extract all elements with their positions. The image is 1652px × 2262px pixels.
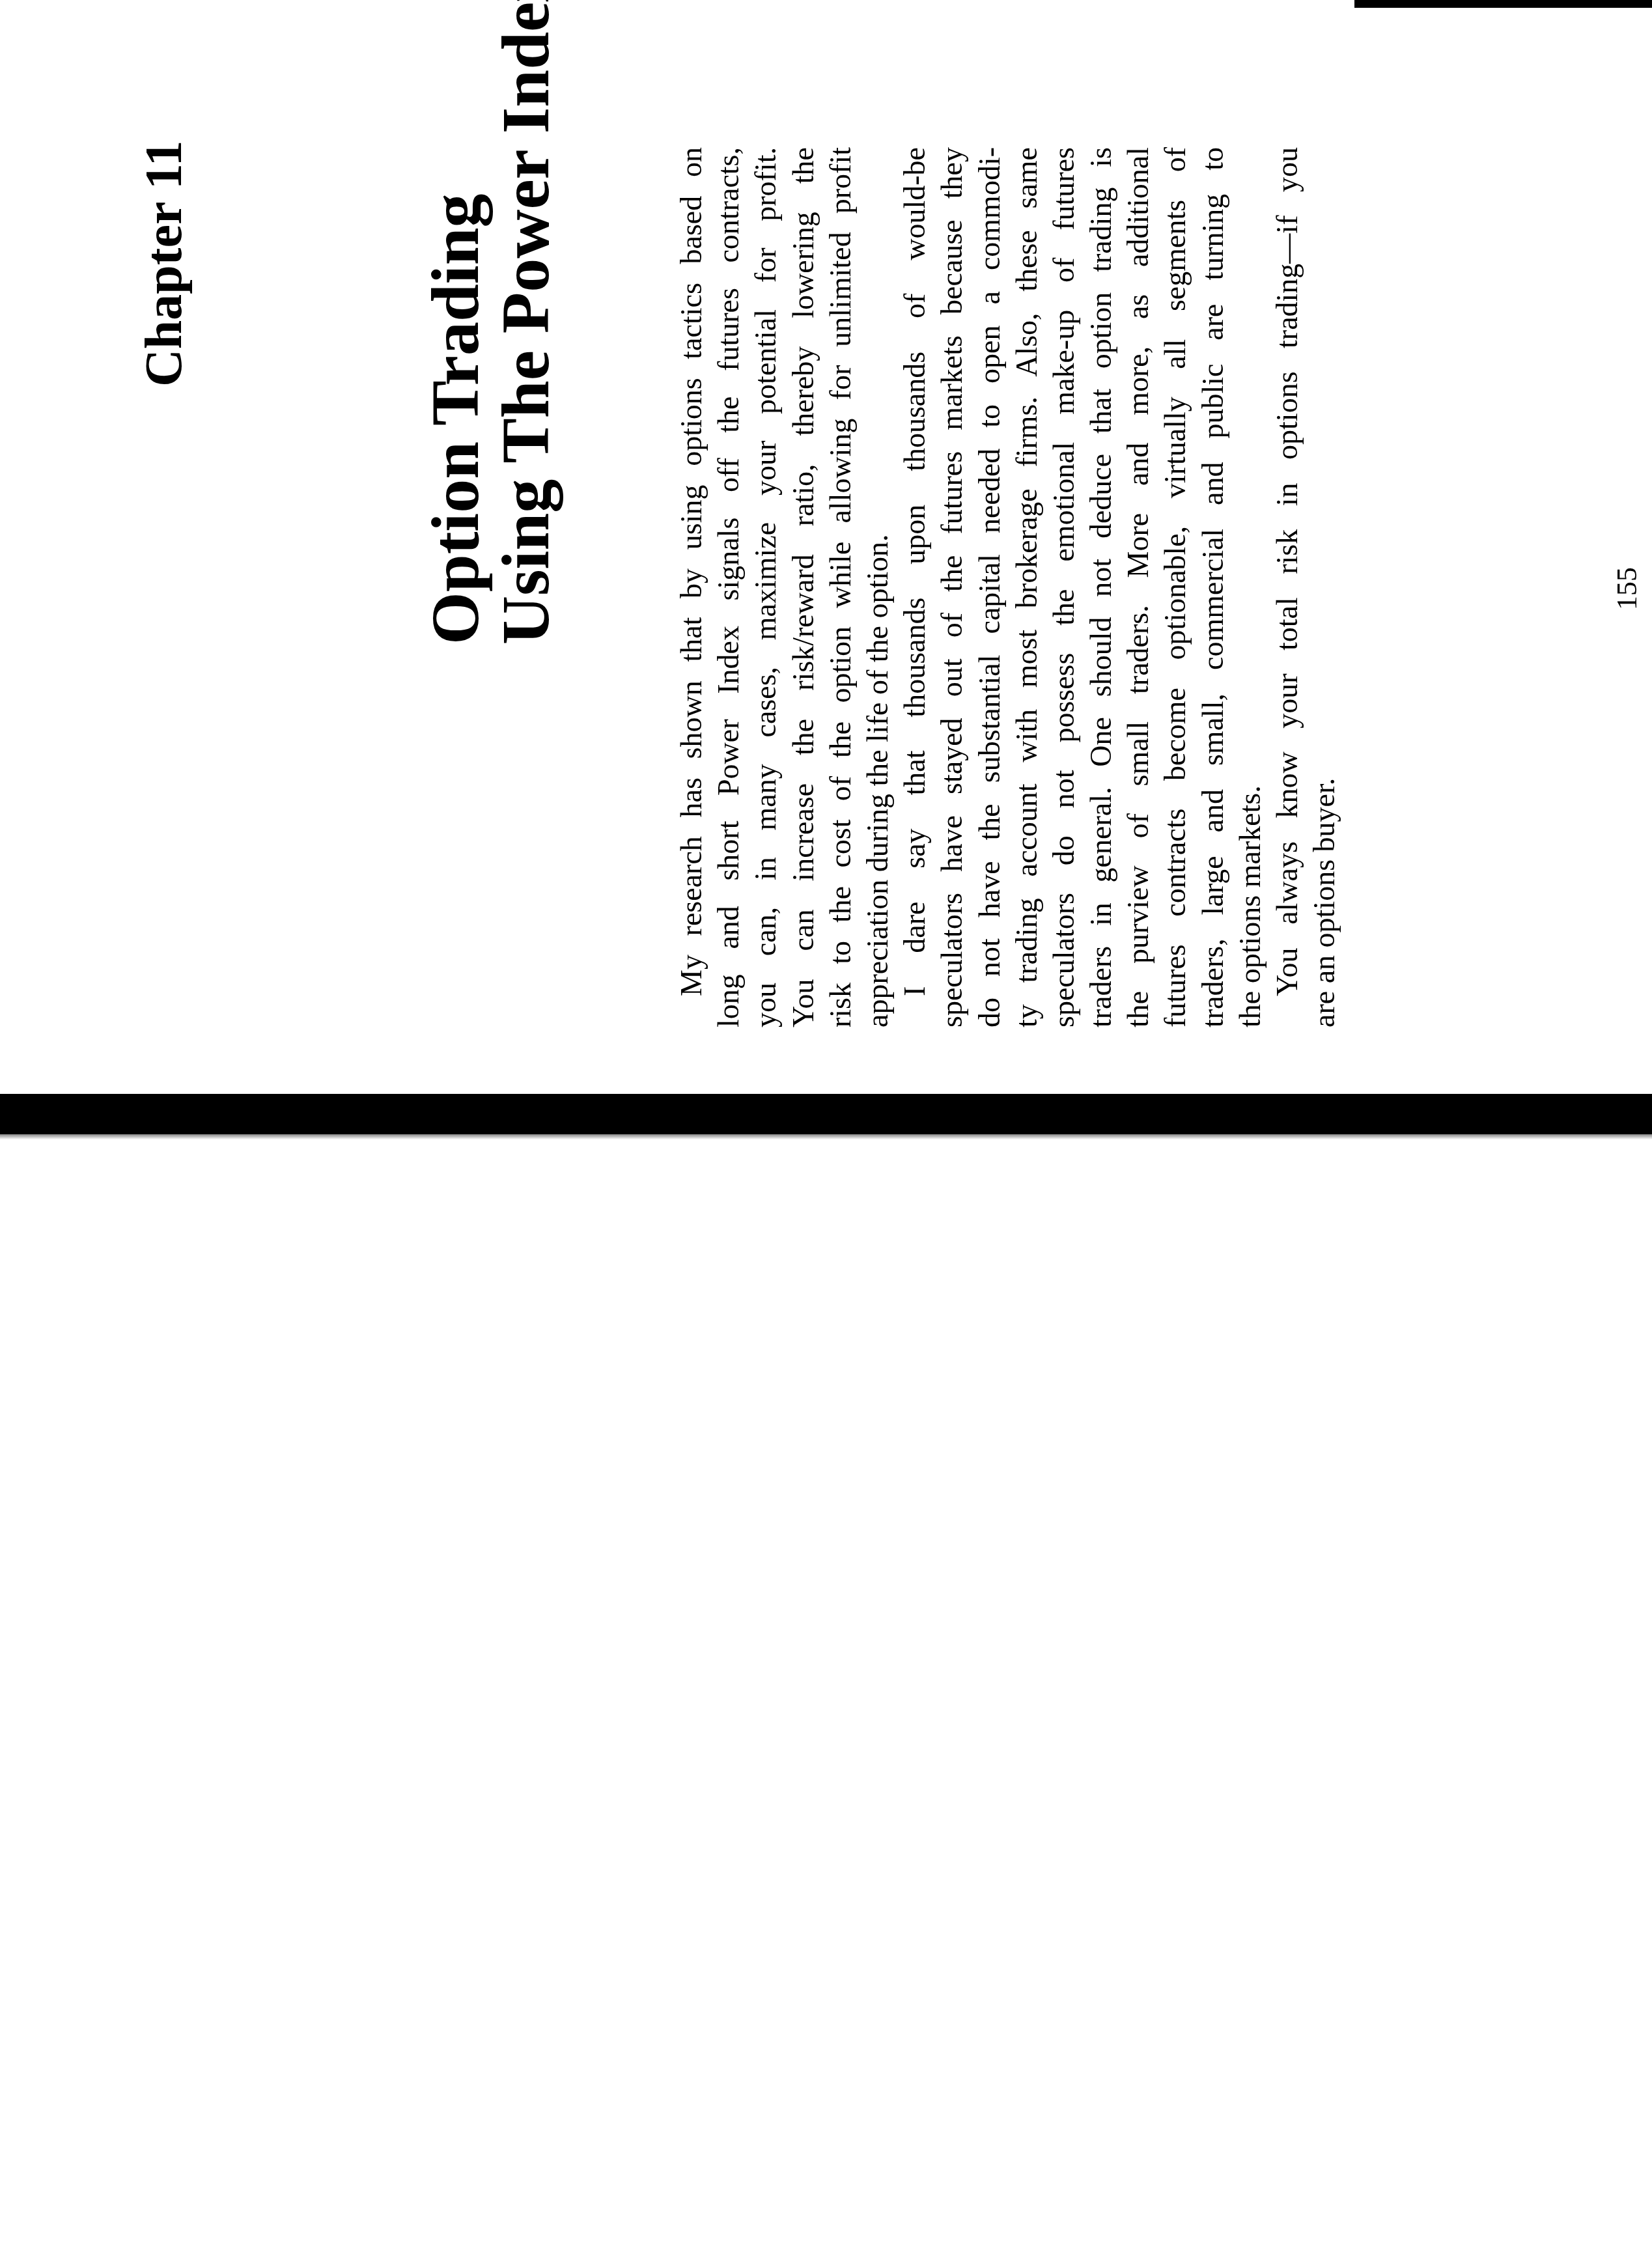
body-line: My research has shown that by using opti… bbox=[673, 147, 710, 1027]
body-line: traders, large and small, commercial and… bbox=[1194, 147, 1231, 1027]
book-page: Chapter 11 Option Trading Using The Powe… bbox=[0, 0, 1652, 2262]
body-line: futures contracts become optionable, vir… bbox=[1156, 147, 1194, 1027]
body-line: do not have the substantial capital need… bbox=[971, 147, 1008, 1027]
chapter-title-line-1: Option Trading bbox=[421, 189, 491, 645]
body-line: the purview of small traders. More and m… bbox=[1119, 147, 1156, 1027]
body-line: are an options buyer. bbox=[1306, 147, 1343, 1027]
page-number: 155 bbox=[1611, 563, 1644, 615]
body-text: My research has shown that by using opti… bbox=[673, 147, 1343, 1027]
body-line: I dare say that thousands upon thousands… bbox=[896, 147, 933, 1027]
body-line: speculators do not possess the emotional… bbox=[1045, 147, 1082, 1027]
body-line: speculators have stayed out of the futur… bbox=[933, 147, 970, 1027]
chapter-title: Option Trading Using The Power Index bbox=[421, 189, 561, 645]
chapter-label: Chapter 11 bbox=[138, 146, 190, 387]
page-edge-shadow bbox=[1354, 0, 1652, 8]
body-line: appreciation during the life of the opti… bbox=[859, 147, 896, 1027]
body-line: You can increase the risk/reward ratio, … bbox=[785, 147, 822, 1027]
body-line: You always know your total risk in optio… bbox=[1268, 147, 1306, 1027]
body-line: risk to the cost of the option while all… bbox=[822, 147, 859, 1027]
body-line: traders in general. One should not deduc… bbox=[1082, 147, 1119, 1027]
body-line: the options markets. bbox=[1231, 147, 1268, 1027]
body-line: long and short Power Index signals off t… bbox=[710, 147, 747, 1027]
book-binding-shadow bbox=[0, 1094, 1652, 1134]
body-line: ty trading account with most brokerage f… bbox=[1008, 147, 1045, 1027]
chapter-title-line-2: Using The Power Index bbox=[491, 189, 561, 645]
body-line: you can, in many cases, maximize your po… bbox=[747, 147, 784, 1027]
